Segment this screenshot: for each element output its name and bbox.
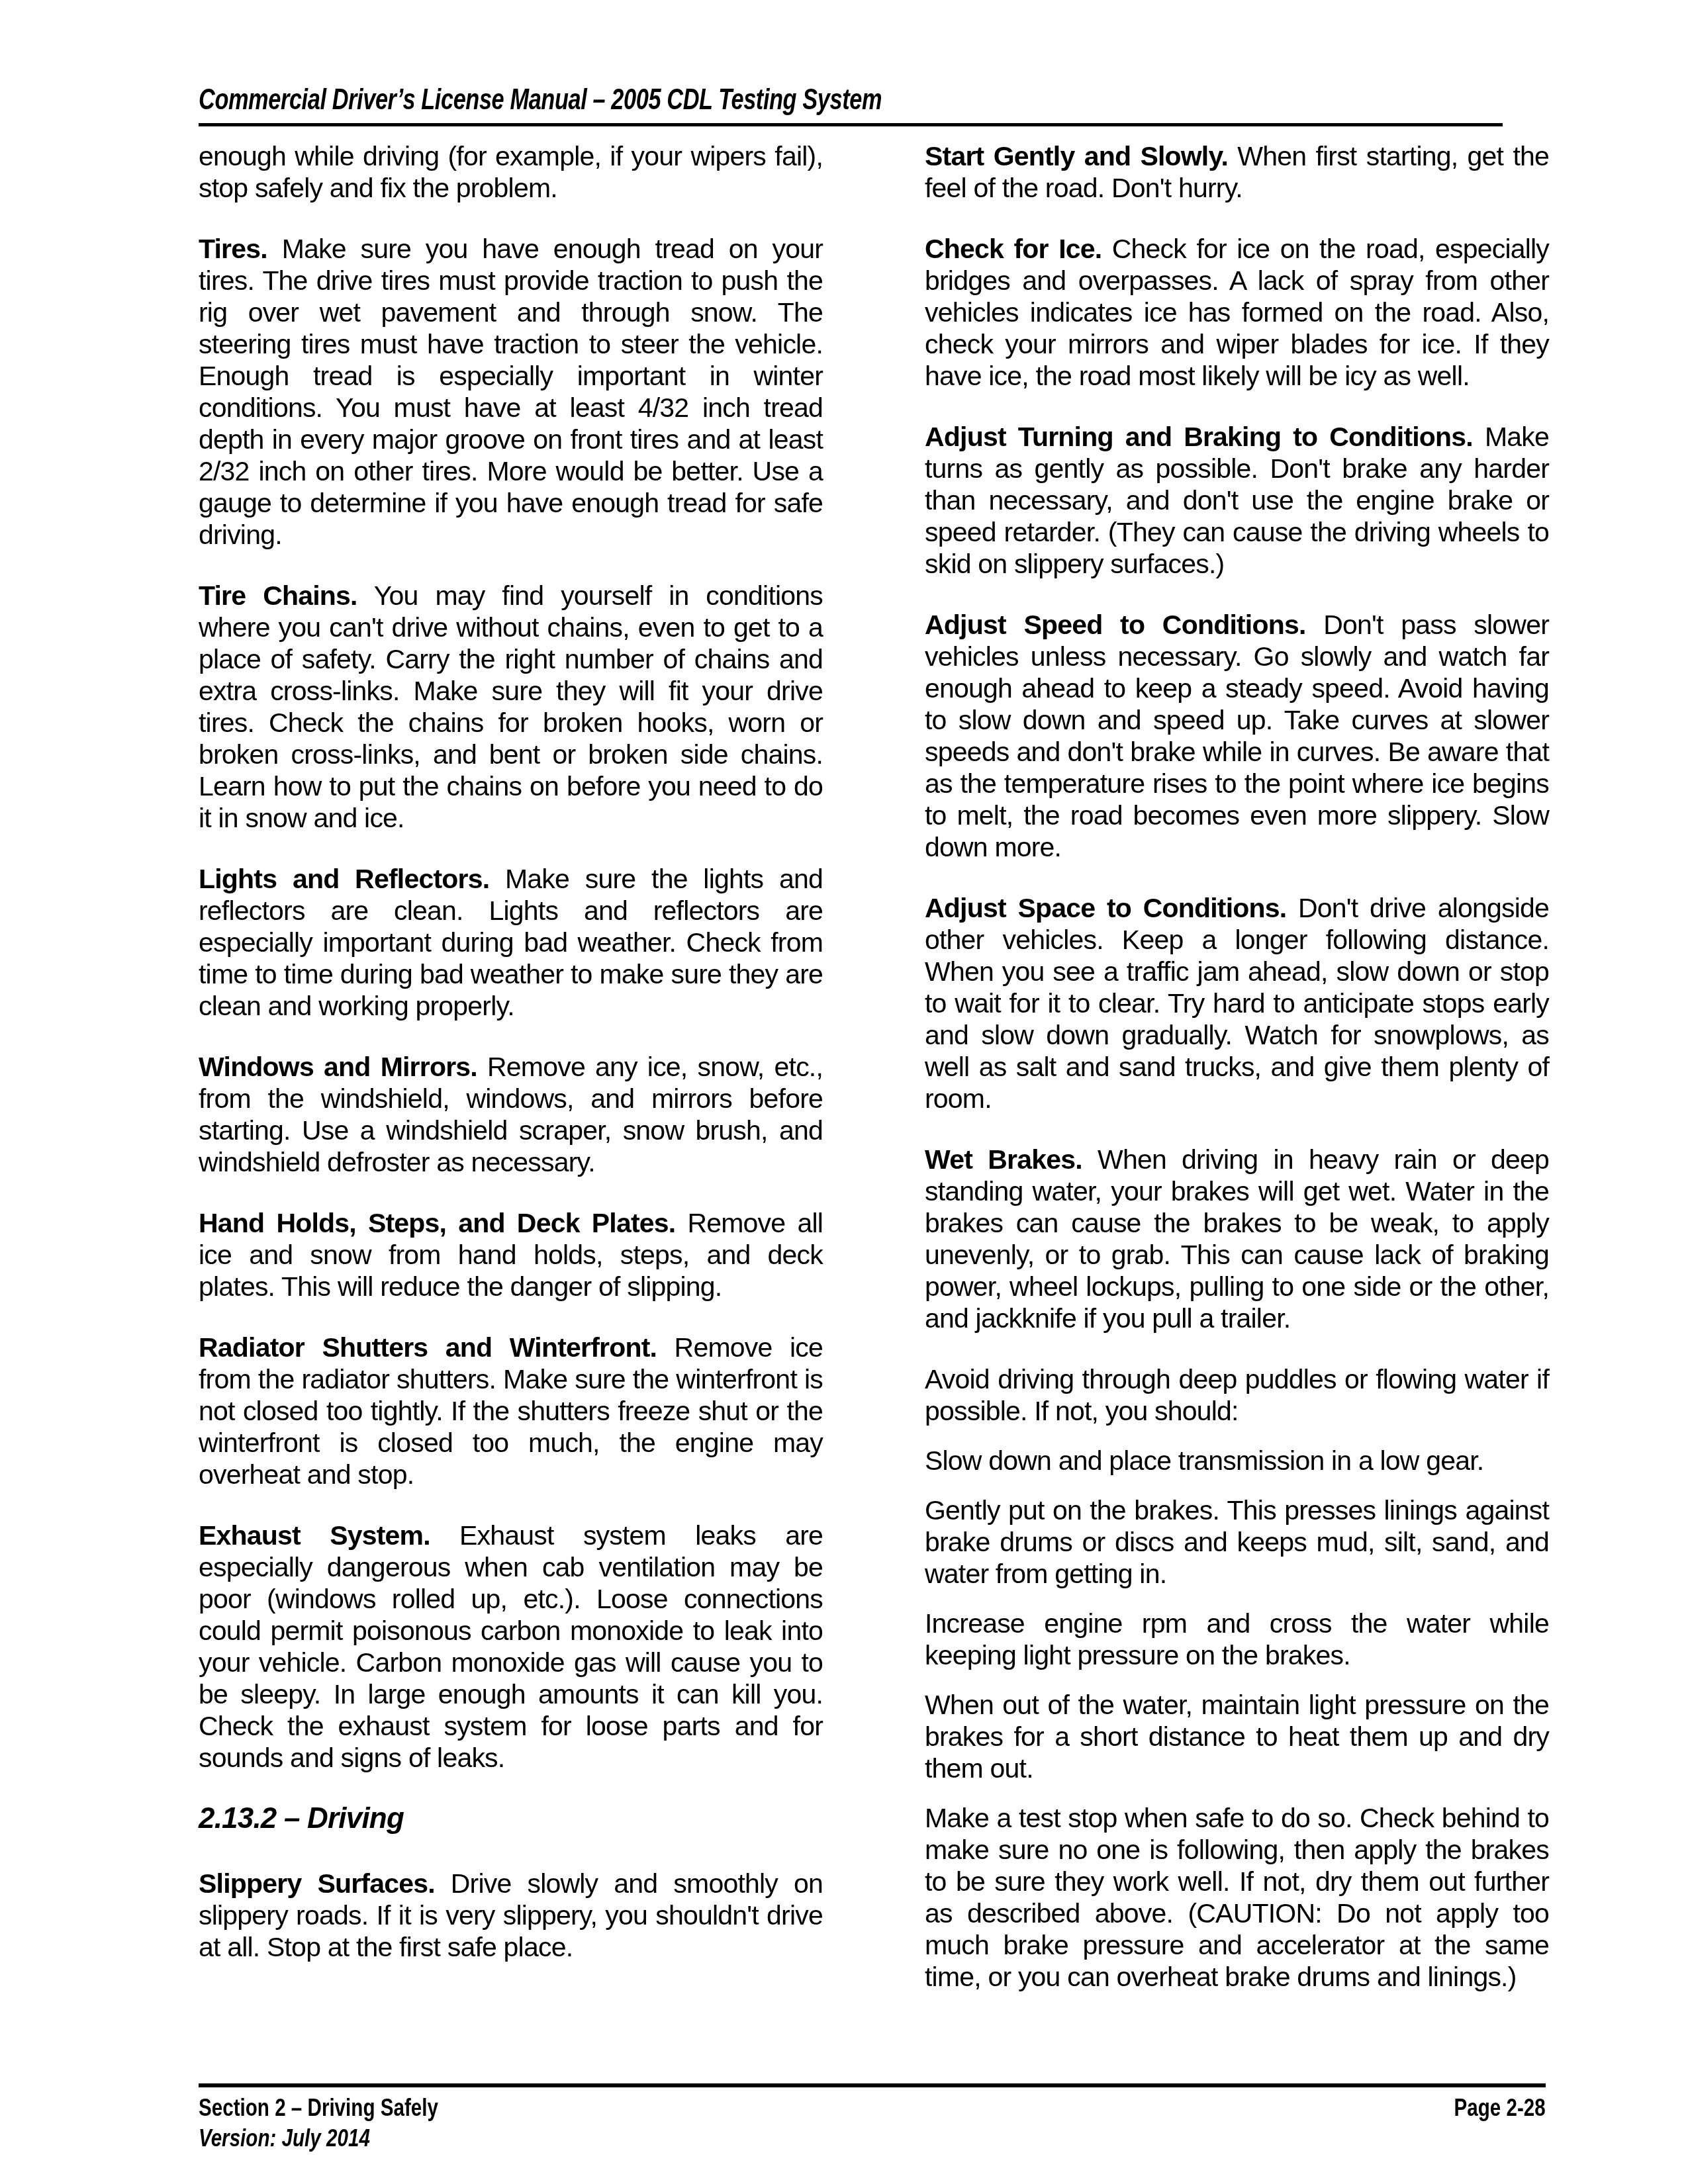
page-footer: Section 2 – Driving Safely Version: July…	[199, 2093, 1546, 2154]
paragraph-text: Avoid driving through deep puddles or fl…	[925, 1364, 1549, 1426]
paragraph: Exhaust System. Exhaust system leaks are…	[199, 1520, 823, 1774]
paragraph: Slippery Surfaces. Drive slowly and smoo…	[199, 1868, 823, 1963]
paragraph: Start Gently and Slowly. When first star…	[925, 140, 1549, 204]
header-rule	[199, 123, 1503, 126]
paragraph-lead: Check for Ice.	[925, 234, 1102, 264]
paragraph-text: Increase engine rpm and cross the water …	[925, 1608, 1549, 1670]
paragraph-lead: Adjust Space to Conditions.	[925, 893, 1286, 923]
paragraph: Gently put on the brakes. This presses l…	[925, 1494, 1549, 1590]
paragraph-text: You may find yourself in conditions wher…	[199, 580, 823, 833]
paragraph-text: Make sure you have enough tread on your …	[199, 234, 823, 550]
paragraph: Lights and Reflectors. Make sure the lig…	[199, 863, 823, 1022]
paragraph-text: When out of the water, maintain light pr…	[925, 1690, 1549, 1784]
paragraph: When out of the water, maintain light pr…	[925, 1689, 1549, 1784]
header-title: Commercial Driver’s License Manual – 200…	[199, 83, 882, 116]
paragraph-lead: Adjust Speed to Conditions.	[925, 610, 1306, 640]
paragraph-text: Gently put on the brakes. This presses l…	[925, 1495, 1549, 1589]
paragraph-lead: Lights and Reflectors.	[199, 864, 489, 894]
footer-version: Version: July 2014	[199, 2123, 438, 2154]
paragraph: Wet Brakes. When driving in heavy rain o…	[925, 1144, 1549, 1334]
paragraph-lead: Radiator Shutters and Winterfront.	[199, 1332, 657, 1363]
paragraph-text: enough while driving (for example, if yo…	[199, 141, 823, 203]
paragraph-lead: Exhaust System.	[199, 1520, 430, 1551]
paragraph-lead: Start Gently and Slowly.	[925, 141, 1228, 171]
page-body: enough while driving (for example, if yo…	[199, 140, 1549, 1993]
paragraph: Hand Holds, Steps, and Deck Plates. Remo…	[199, 1207, 823, 1302]
paragraph-text: Make a test stop when safe to do so. Che…	[925, 1803, 1549, 1992]
paragraph-lead: Slippery Surfaces.	[199, 1868, 435, 1899]
paragraph-text: Slow down and place transmission in a lo…	[925, 1445, 1483, 1476]
paragraph: Slow down and place transmission in a lo…	[925, 1445, 1549, 1477]
left-column: enough while driving (for example, if yo…	[199, 140, 823, 1993]
paragraph: Check for Ice. Check for ice on the road…	[925, 233, 1549, 392]
paragraph: Radiator Shutters and Winterfront. Remov…	[199, 1332, 823, 1490]
paragraph: Adjust Speed to Conditions. Don't pass s…	[925, 609, 1549, 863]
paragraph-lead: Tires.	[199, 234, 267, 264]
document-page: Commercial Driver’s License Manual – 200…	[0, 0, 1688, 2184]
paragraph: Avoid driving through deep puddles or fl…	[925, 1363, 1549, 1427]
paragraph-text: Don't pass slower vehicles unless necess…	[925, 610, 1549, 862]
right-column: Start Gently and Slowly. When first star…	[925, 140, 1549, 1993]
footer-page-number: Page 2-28	[1454, 2093, 1546, 2123]
footer-rule	[199, 2083, 1546, 2087]
paragraph-lead: Windows and Mirrors.	[199, 1052, 477, 1082]
section-heading: 2.13.2 – Driving	[199, 1803, 823, 1835]
paragraph: Make a test stop when safe to do so. Che…	[925, 1802, 1549, 1993]
paragraph-lead: Adjust Turning and Braking to Conditions…	[925, 422, 1473, 452]
paragraph-lead: Tire Chains.	[199, 580, 357, 611]
paragraph: Windows and Mirrors. Remove any ice, sno…	[199, 1051, 823, 1178]
paragraph-text: Don't drive alongside other vehicles. Ke…	[925, 893, 1549, 1114]
paragraph: Adjust Space to Conditions. Don't drive …	[925, 892, 1549, 1115]
paragraph-lead: Wet Brakes.	[925, 1144, 1082, 1175]
footer-left-block: Section 2 – Driving Safely Version: July…	[199, 2093, 498, 2154]
paragraph-text: Exhaust system leaks are especially dang…	[199, 1520, 823, 1773]
footer-section: Section 2 – Driving Safely	[199, 2093, 438, 2123]
paragraph: Tire Chains. You may find yourself in co…	[199, 580, 823, 834]
paragraph: Tires. Make sure you have enough tread o…	[199, 233, 823, 551]
paragraph: enough while driving (for example, if yo…	[199, 140, 823, 204]
paragraph-lead: Hand Holds, Steps, and Deck Plates.	[199, 1208, 675, 1238]
paragraph: Increase engine rpm and cross the water …	[925, 1608, 1549, 1671]
paragraph: Adjust Turning and Braking to Conditions…	[925, 421, 1549, 580]
